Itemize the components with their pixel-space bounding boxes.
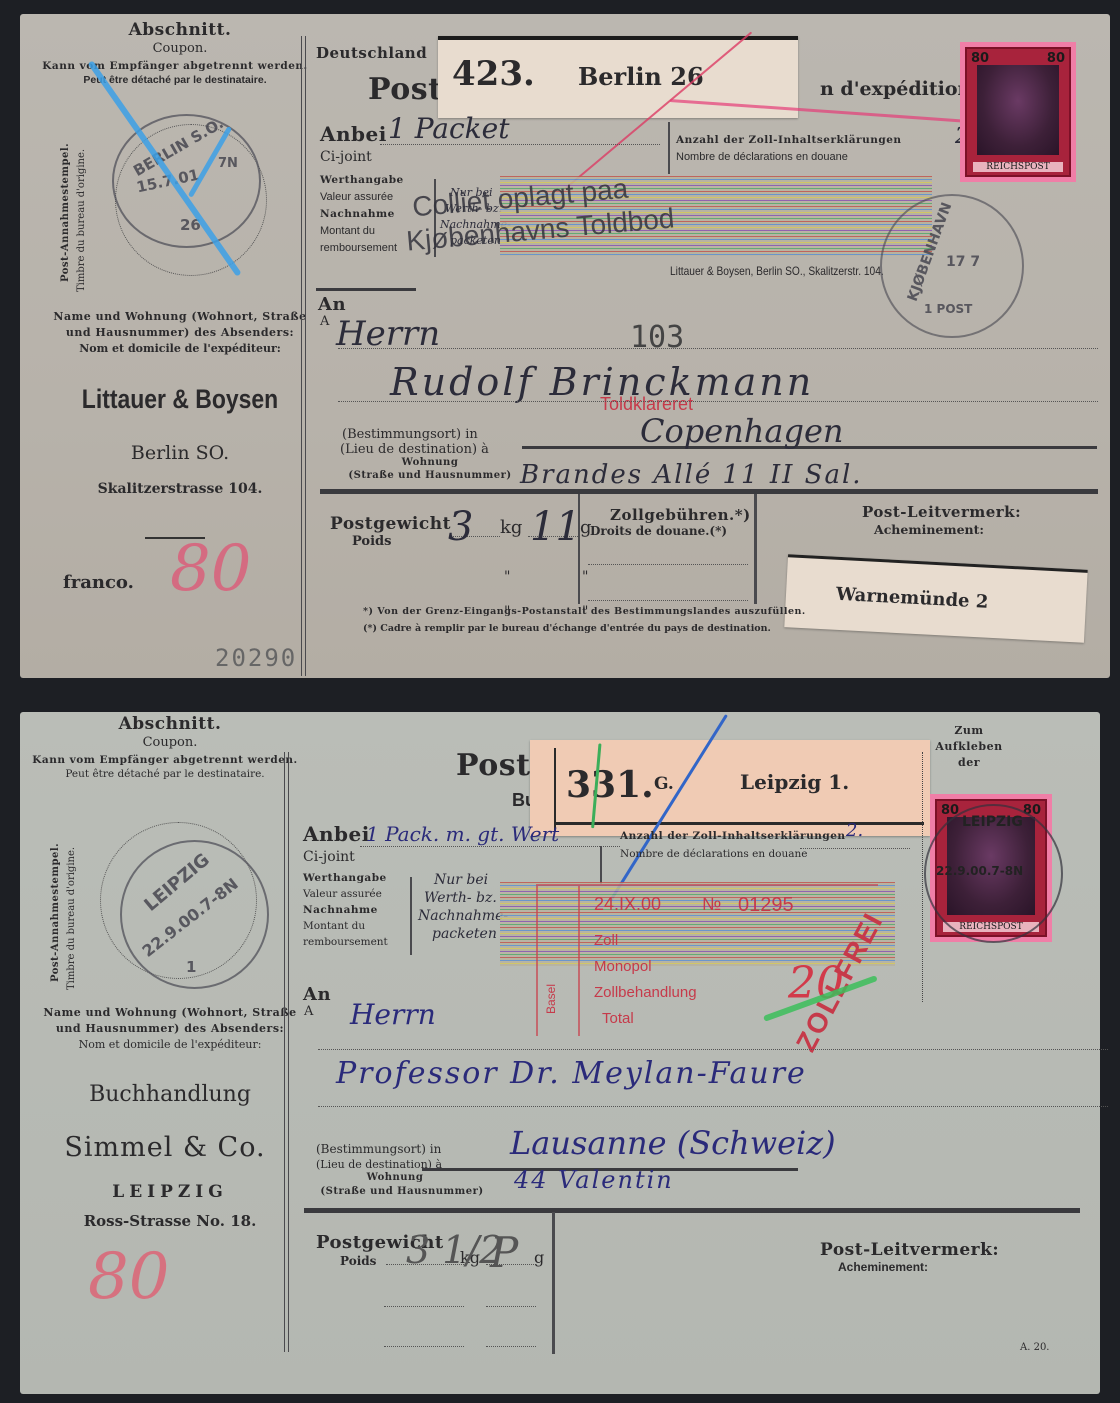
parcel-office: Leipzig 1. [740,770,849,794]
street-value[interactable]: Brandes Allé 11 II Sal. [520,460,863,490]
stamp-area-line1: Zum [934,724,1004,737]
valeur-label: Valeur assurée [320,191,393,203]
werthangabe-label: Werthangabe [303,872,387,884]
cijoint-label: Ci-joint [303,849,355,865]
customs-fees-label-de: Zollgebühren.*) [610,506,751,524]
packeten-label: packeten [432,926,497,942]
weight-line [384,1346,464,1347]
kg-unit: kg [500,517,522,538]
column-divider [284,752,285,1352]
routing-label-fr: Acheminement: [874,522,984,537]
reichspost-stamp: 80 80 REICHSPOST [960,42,1076,182]
field-divider [754,494,757,604]
fee-line [588,600,748,601]
footnote-fr: (*) Cadre à remplir par le bureau d'écha… [363,623,771,634]
header-country: Deutschland [316,44,427,62]
sender-city: Berlin SO. [40,442,320,464]
werth-label: Werth- bz. [424,890,497,906]
werthangabe-label: Werthangabe [320,174,404,186]
coupon-vertical-fr: Timbre du bureau d'origine. [76,122,87,292]
montant-label: Montant du [303,920,365,932]
field-divider [552,1212,555,1354]
recipient-line [318,1106,1108,1107]
parcel-ref-number: 103 [630,320,684,355]
field-divider [578,494,580,604]
sender-label-fr: Nom et domicile de l'expéditeur: [40,342,320,355]
recipient-salutation[interactable]: Herrn [350,998,436,1031]
stamp-area-line2: Aufkleben [934,740,1004,753]
coupon-vertical-de: Post-Annahmestempel. [60,132,71,282]
routing-value: Warnemünde 2 [836,584,989,613]
an-label: An [303,984,331,1005]
destination-label-de: (Bestimmungsort) in [316,1142,441,1156]
street-label-1: Wohnung [350,457,510,468]
g-unit: g [534,1248,544,1267]
weight-line [384,1306,464,1307]
coupon-subtitle: Coupon. [70,735,270,750]
parcel-number: 331. [566,764,654,806]
recipient-name[interactable]: Professor Dr. Meylan-Faure [336,1056,807,1091]
coupon-vertical-fr: Timbre du bureau d'origine. [66,820,77,990]
remboursement-label: remboursement [303,936,388,948]
street-value[interactable]: 44 Valentin [514,1166,674,1194]
stamp-area-line3: der [934,756,1004,769]
header-title: Post [368,72,443,107]
parcel-card-berlin: Abschnitt. Coupon. Kann vom Empfänger ab… [20,14,1110,678]
weight-g-value[interactable]: P [490,1228,518,1277]
destination-value[interactable]: Lausanne (Schweiz) [510,1124,836,1162]
bracket [410,877,412,955]
column-divider [305,36,306,676]
destination-label-de: (Bestimmungsort) in [342,427,478,442]
customs-count-label-fr: Nombre de déclarations en douane [620,848,808,860]
postmark-leipzig: LEIPZIG 22.9.00.7-8N 1 [120,840,269,989]
handwritten-amount: 80 [170,532,251,606]
a-label: A [320,314,329,329]
sender-street: Ross-Strasse No. 18. [30,1212,310,1230]
remboursement-label: remboursement [320,242,397,254]
customs-count-label-de: Anzahl der Zoll-Inhaltserklärungen [620,830,846,842]
postmark-copenhagen: KJØBENHAVN 17 7 1 POST [880,194,1024,338]
weight-line [486,1346,536,1347]
sender-line1: Buchhandlung [30,1082,310,1107]
anbei-label: Anbei [303,822,370,846]
germania-portrait [977,65,1059,155]
coupon-title: Abschnitt. [80,20,280,40]
handwritten-amount: 80 [88,1240,169,1314]
sender-label-fr: Nom et domicile de l'expéditeur: [30,1038,310,1051]
nachnahme-label: Nachnahme [303,904,378,916]
nachnahme-packet-label: Nachnahme- [418,908,508,924]
sender-imprint: Littauer & Boysen, Berlin SO., Skalitzer… [670,264,884,278]
stamp-rule [578,886,580,1036]
coupon-title: Abschnitt. [70,714,270,734]
customs-count-value[interactable]: 2. [846,820,863,841]
recipient-line [318,1049,1108,1050]
destination-label-fr: (Lieu de destination) à [340,442,489,457]
sender-street: Skalitzerstrasse 104. [40,481,320,497]
coupon-vertical-de: Post-Annahmestempel. [50,832,61,982]
weight-label-fr: Poids [340,1254,376,1268]
header-title: Post [456,748,531,783]
serial-number: 20290 [215,644,297,672]
label-rule [554,822,924,825]
routing-label-fr: Acheminement: [838,1260,928,1274]
street-label-1: Wohnung [320,1172,470,1183]
fee-line [588,564,748,565]
coupon-note-de: Kann vom Empfänger abgetrennt werden. [30,754,300,766]
sender-label-de-2: und Hausnummer) des Absenders: [40,326,320,339]
form-number: A. 20. [1020,1342,1049,1353]
column-divider [288,752,289,1352]
routing-label-de: Post-Leitvermerk: [820,1240,999,1260]
valeur-label: Valeur assurée [303,888,382,900]
weight-line [486,1306,536,1307]
column-divider [301,36,302,676]
coupon-note-fr: Peut être détaché par le destinataire. [40,74,310,86]
a-label: A [304,1004,313,1019]
routing-label-de: Post-Leitvermerk: [862,503,1021,521]
field-divider [600,846,602,884]
anbei-value[interactable]: 1 Packet [388,112,509,145]
sender-label-de-1: Name und Wohnung (Wohnort, Straße [40,310,320,323]
customs-count-line [800,848,910,849]
nachnahme-label: Nachnahme [320,208,395,220]
sender-label-de-2: und Hausnummer) des Absenders: [30,1022,310,1035]
cijoint-label: Ci-joint [320,149,372,165]
sender-city: LEIPZIG [30,1182,310,1202]
street-label-2: (Straße und Hausnummer) [340,470,520,481]
weight-kg-value[interactable]: 3 [448,504,473,550]
montant-label: Montant du [320,225,375,237]
section-rule [320,489,1098,494]
weight-g-value[interactable]: 11 [530,504,581,550]
anbei-value[interactable]: 1 Pack. m. gt. Wert [366,822,559,846]
parcel-number: 423. [452,54,535,94]
anbei-field-line [360,846,620,847]
parcel-number-label: 331. G. Leipzig 1. [530,740,930,836]
parcel-letter: G. [654,774,674,794]
footnote-de: *) Von der Grenz-Eingangs-Postanstalt de… [363,606,806,617]
header-title-fr: n d'expédition. [820,78,978,100]
field-divider [668,122,670,174]
sender-name: Simmel & Co. [25,1132,305,1163]
sender-label-de-1: Name und Wohnung (Wohnort, Straße [30,1006,310,1019]
coupon-subtitle: Coupon. [80,41,280,56]
street-label-2: (Straße und Hausnummer) [312,1186,492,1197]
customs-fees-label-fr: Droits de douane.(*) [590,524,727,538]
coupon-note-de: Kann vom Empfänger abgetrennt werden. [40,60,310,72]
label-rule [554,748,556,832]
ditto-mark: " [582,569,588,585]
franco-label: franco. [63,572,134,593]
weight-kg-value[interactable]: 3 1/2 [406,1228,503,1272]
customs-count-label-de: Anzahl der Zoll-Inhaltserklärungen [676,134,902,146]
section-rule [304,1208,1080,1213]
nur-bei-label: Nur bei [434,872,488,888]
weight-label-fr: Poids [352,534,391,549]
recipient-line [338,348,1098,349]
coupon-note-fr: Peut être détaché par le destinataire. [30,768,300,780]
postmark-berlin: BERLIN S.O. 15.7.01 7N 26 [112,114,261,248]
recipient-line [338,401,1098,402]
routing-label-strip: Warnemünde 2 [784,554,1087,643]
section-rule [316,288,416,291]
an-label: An [318,294,346,315]
ditto-mark: " [504,569,510,585]
customs-count-label-fr: Nombre de déclarations en douane [676,151,848,163]
weight-label-de: Postgewicht [330,514,451,534]
parcel-card-leipzig: Abschnitt. Coupon. Kann vom Empfänger ab… [20,712,1100,1394]
anbei-label: Anbei [320,122,387,146]
postmark-stamp-leipzig: LEIPZIG 22.9.00.7-8N [924,804,1063,943]
sender-name: Littauer & Boysen [61,384,299,415]
destination-value[interactable]: Copenhagen [640,412,844,450]
